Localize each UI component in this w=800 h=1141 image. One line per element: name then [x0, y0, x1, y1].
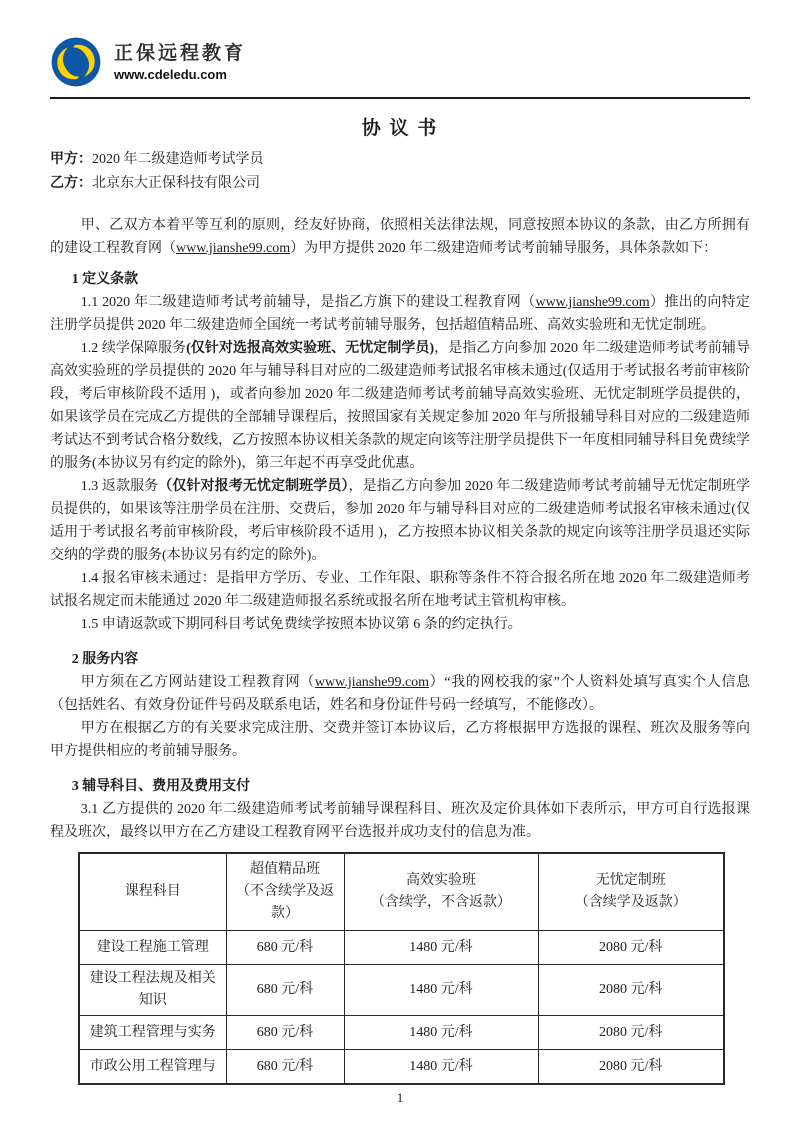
section-1-heading: 1 定义条款: [50, 268, 750, 291]
party-a-label: 甲方：: [50, 152, 92, 167]
header: 正保远程教育 www.cdeledu.com: [50, 36, 750, 99]
jianshe99-link[interactable]: www.jianshe99.com: [535, 295, 649, 310]
page-number: 1: [50, 1090, 750, 1106]
clause-1-2: 1.2 续学保障服务(仅针对选报高效实验班、无忧定制学员)，是指乙方向参加 20…: [50, 337, 750, 475]
brand-block: 正保远程教育 www.cdeledu.com: [114, 42, 246, 83]
table-row: 建设工程法规及相关知识 680 元/科 1480 元/科 2080 元/科: [79, 965, 724, 1016]
table-header-course: 课程科目: [79, 853, 226, 931]
intro-paragraph: 甲、乙双方本着平等互利的原则，经友好协商，依照相关法律法规，同意按照本协议的条款…: [50, 214, 750, 260]
company-logo-icon: [50, 36, 102, 88]
table-row: 市政公用工程管理与 680 元/科 1480 元/科 2080 元/科: [79, 1050, 724, 1085]
price-cell: 1480 元/科: [344, 931, 538, 965]
clause-3-1: 3.1 乙方提供的 2020 年二级建造师考试考前辅导课程科目、班次及定价具体如…: [50, 798, 750, 844]
price-cell: 1480 元/科: [344, 1016, 538, 1050]
table-row: 建筑工程管理与实务 680 元/科 1480 元/科 2080 元/科: [79, 1016, 724, 1050]
party-b-value: 北京东大正保科技有限公司: [92, 176, 260, 191]
clause-1-1-text-1: 1.1 2020 年二级建造师考试考前辅导，是指乙方旗下的建设工程教育网（: [81, 295, 536, 310]
section-2-text-1: 甲方须在乙方网站建设工程教育网（: [81, 675, 315, 690]
price-cell: 680 元/科: [226, 931, 344, 965]
brand-url: www.cdeledu.com: [114, 66, 246, 83]
party-a-line: 甲方：2020 年二级建造师考试学员: [50, 148, 750, 172]
table-header-custom-class: 无忧定制班 （含续学及返款）: [538, 853, 724, 931]
price-cell: 2080 元/科: [538, 1050, 724, 1085]
clause-1-2-text-2: ，是指乙方向参加 2020 年二级建造师考试考前辅导高效实验班的学员提供的 20…: [50, 341, 750, 471]
clause-1-1: 1.1 2020 年二级建造师考试考前辅导，是指乙方旗下的建设工程教育网（www…: [50, 291, 750, 337]
brand-name: 正保远程教育: [114, 42, 246, 66]
clause-1-2-text-1: 1.2 续学保障服务: [81, 341, 186, 356]
clause-1-3: 1.3 返款服务（仅针对报考无忧定制班学员），是指乙方向参加 2020 年二级建…: [50, 475, 750, 567]
table-row: 建设工程施工管理 680 元/科 1480 元/科 2080 元/科: [79, 931, 724, 965]
price-cell: 2080 元/科: [538, 931, 724, 965]
section-2-heading: 2 服务内容: [50, 648, 750, 671]
party-b-line: 乙方：北京东大正保科技有限公司: [50, 172, 750, 196]
price-cell: 680 元/科: [226, 965, 344, 1016]
clause-1-4: 1.4 报名审核未通过：是指甲方学历、专业、工作年限、职称等条件不符合报名所在地…: [50, 567, 750, 613]
clause-1-2-bold-note: (仅针对选报高效实验班、无忧定制学员): [186, 341, 434, 356]
price-cell: 2080 元/科: [538, 965, 724, 1016]
price-cell: 1480 元/科: [344, 965, 538, 1016]
table-header-row: 课程科目 超值精品班 （不含续学及返款） 高效实验班 （含续学，不含返款） 无忧…: [79, 853, 724, 931]
document-title: 协 议 书: [50, 113, 750, 140]
price-cell: 680 元/科: [226, 1016, 344, 1050]
course-cell: 建设工程法规及相关知识: [79, 965, 226, 1016]
clause-1-3-bold-note: （仅针对报考无忧定制班学员）: [158, 479, 348, 494]
price-cell: 1480 元/科: [344, 1050, 538, 1085]
price-cell: 680 元/科: [226, 1050, 344, 1085]
intro-text-2: ）为甲方提供 2020 年二级建造师考试考前辅导服务，具体条款如下：: [290, 241, 717, 256]
course-cell: 建筑工程管理与实务: [79, 1016, 226, 1050]
section-2-paragraph-1: 甲方须在乙方网站建设工程教育网（www.jianshe99.com）“我的网校我…: [50, 671, 750, 717]
pricing-table: 课程科目 超值精品班 （不含续学及返款） 高效实验班 （含续学，不含返款） 无忧…: [78, 852, 725, 1085]
clause-1-3-text-1: 1.3 返款服务: [81, 479, 158, 494]
table-header-experiment-class: 高效实验班 （含续学，不含返款）: [344, 853, 538, 931]
agreement-page: 正保远程教育 www.cdeledu.com 协 议 书 甲方：2020 年二级…: [0, 0, 800, 1141]
section-2-paragraph-2: 甲方在根据乙方的有关要求完成注册、交费并签订本协议后，乙方将根据甲方选报的课程、…: [50, 717, 750, 763]
party-b-label: 乙方：: [50, 176, 92, 191]
course-cell: 建设工程施工管理: [79, 931, 226, 965]
course-cell: 市政公用工程管理与: [79, 1050, 226, 1085]
jianshe99-link[interactable]: www.jianshe99.com: [176, 241, 290, 256]
table-header-premium-class: 超值精品班 （不含续学及返款）: [226, 853, 344, 931]
clause-1-5: 1.5 申请返款或下期同科目考试免费续学按照本协议第 6 条的约定执行。: [50, 613, 750, 636]
party-a-value: 2020 年二级建造师考试学员: [92, 152, 264, 167]
jianshe99-link[interactable]: www.jianshe99.com: [315, 675, 429, 690]
price-cell: 2080 元/科: [538, 1016, 724, 1050]
section-3-heading: 3 辅导科目、费用及费用支付: [50, 775, 750, 798]
